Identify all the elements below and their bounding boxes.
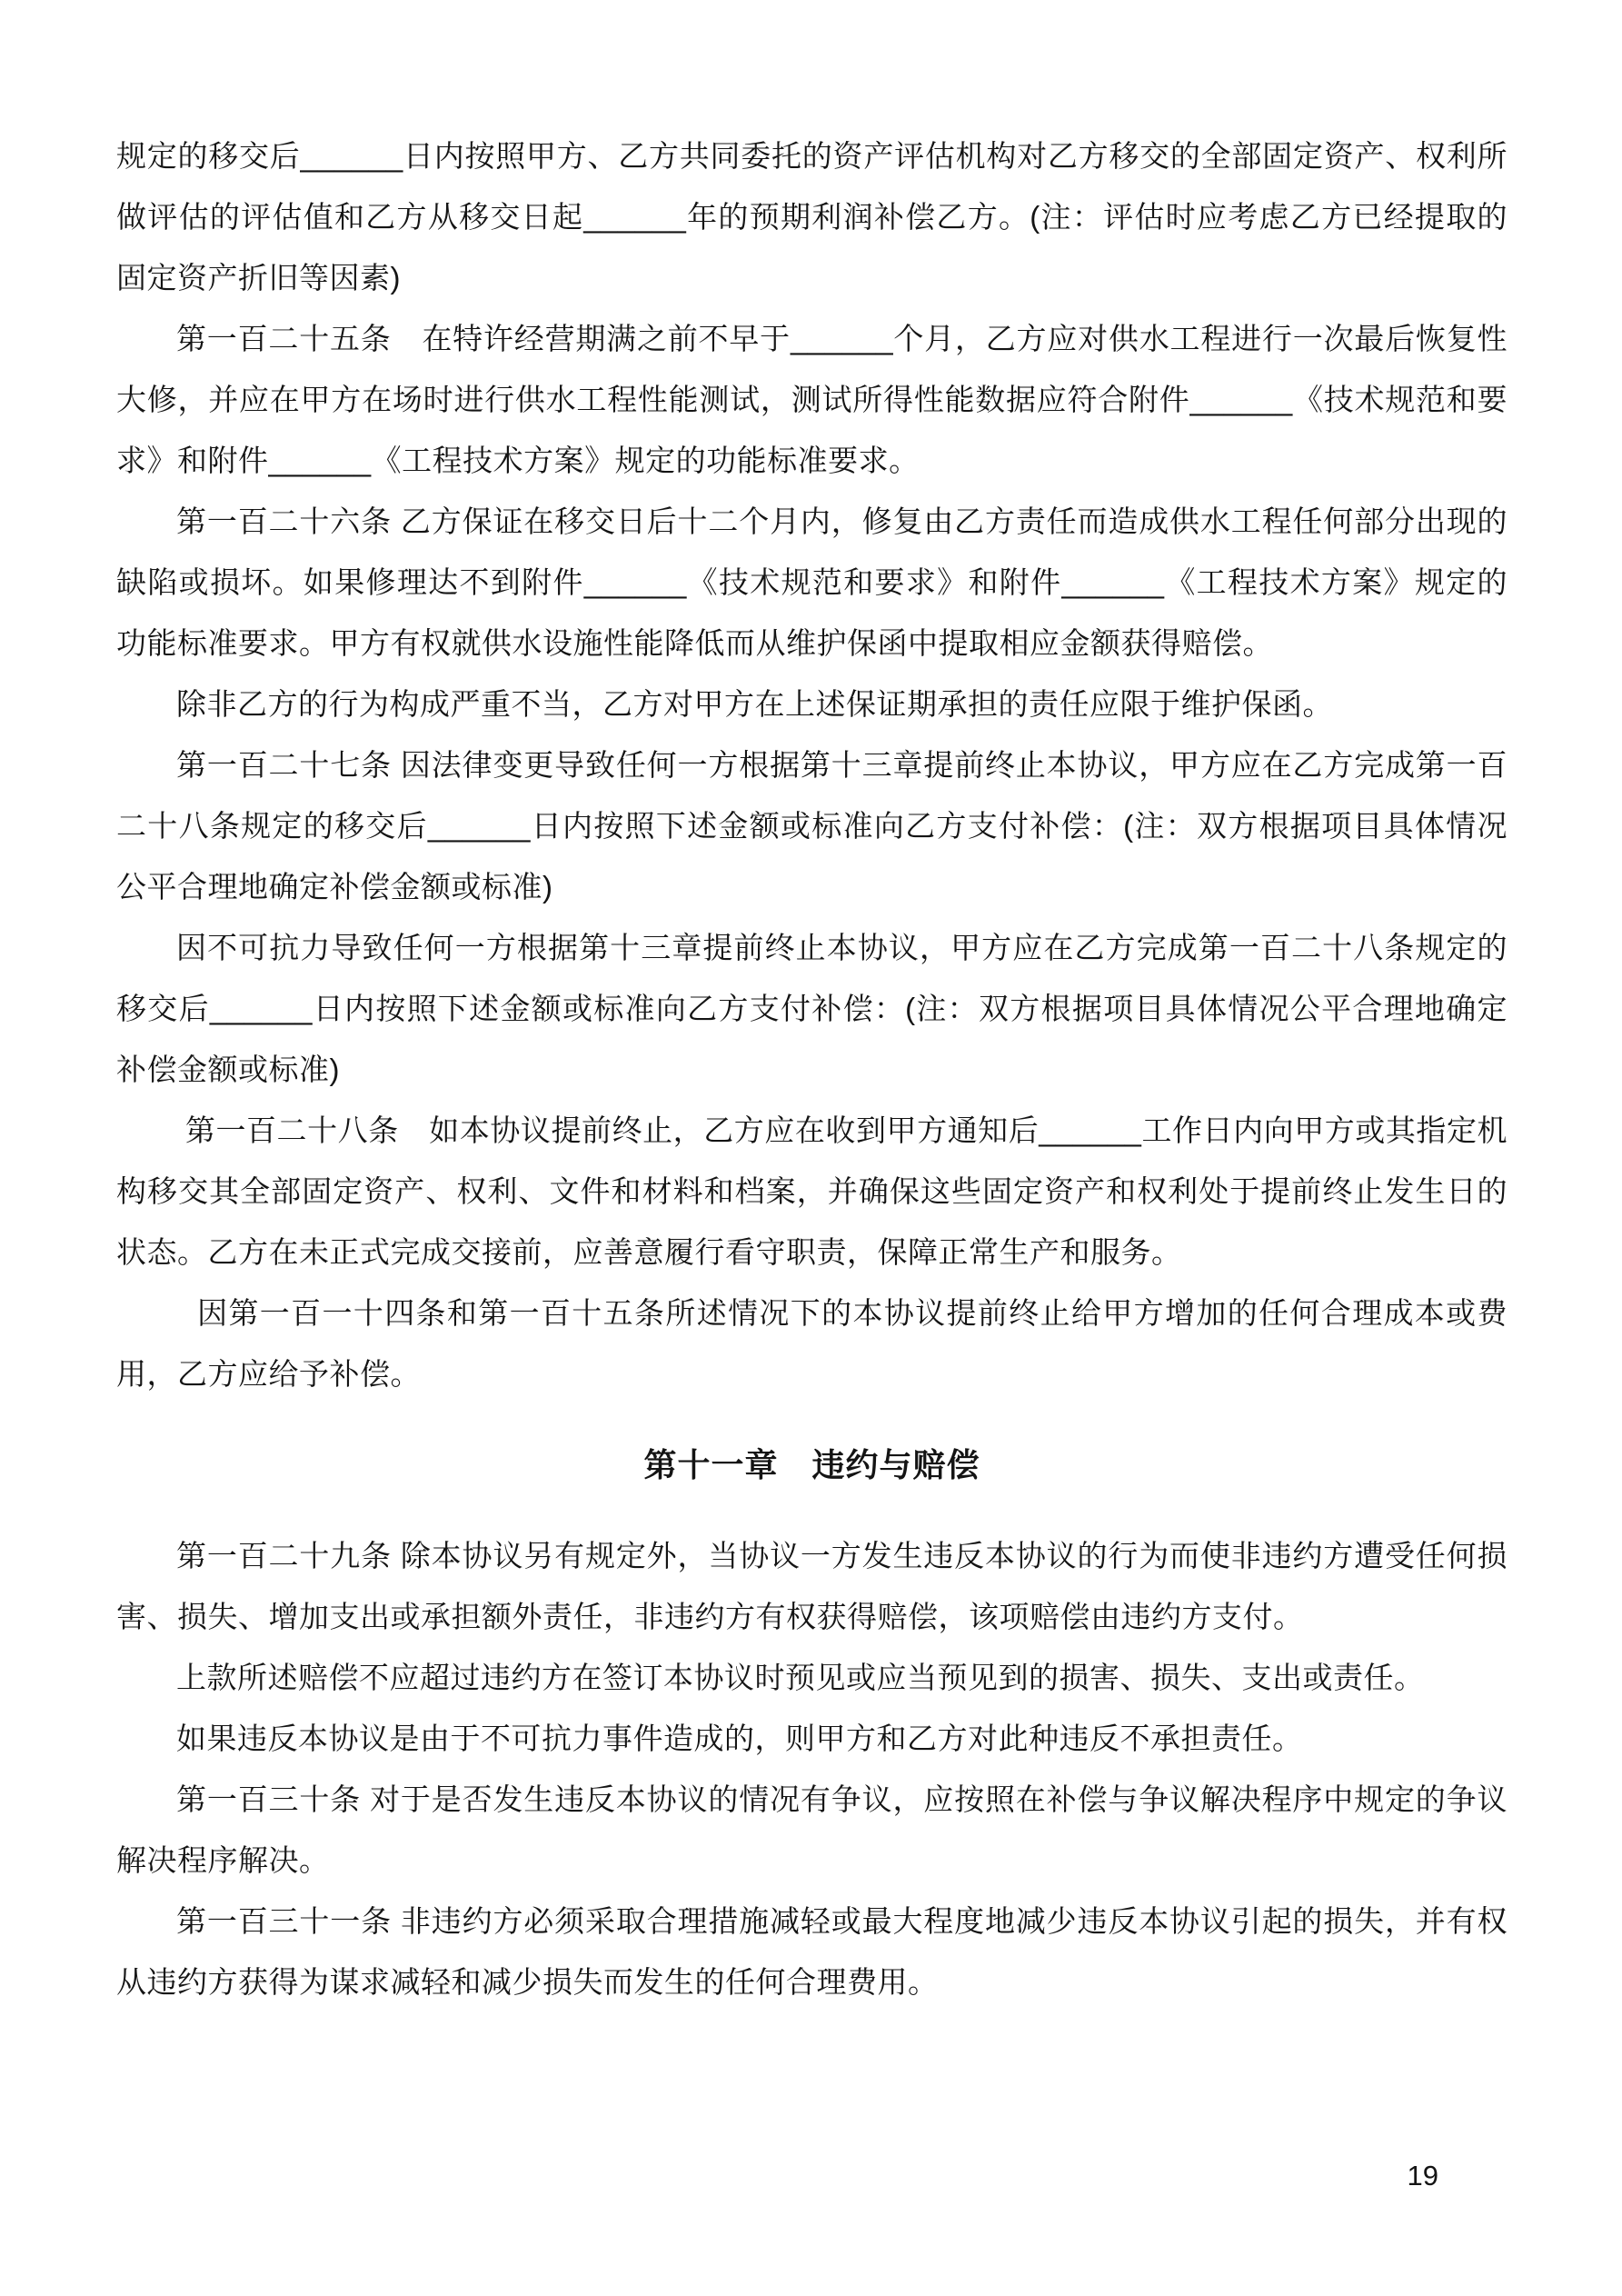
page-number: 19 [1408, 2161, 1438, 2190]
para-force-majeure-compensation: 因不可抗力导致任何一方根据第十三章提前终止本协议，甲方应在乙方完成第一百二十八条… [116, 917, 1508, 1100]
para-article-128: 第一百二十八条 如本协议提前终止，乙方应在收到甲方通知后______工作日内向甲… [116, 1100, 1508, 1283]
document-page-body: 规定的移交后______日内按照甲方、乙方共同委托的资产评估机构对乙方移交的全部… [116, 125, 1508, 2012]
para-guarantee-liability-limit: 除非乙方的行为构成严重不当，乙方对甲方在上述保证期承担的责任应限于维护保函。 [116, 674, 1508, 734]
para-article-127: 第一百二十七条 因法律变更导致任何一方根据第十三章提前终止本协议，甲方应在乙方完… [116, 734, 1508, 917]
para-article-114-115-compensation: 因第一百一十四条和第一百十五条所述情况下的本协议提前终止给甲方增加的任何合理成本… [116, 1283, 1508, 1404]
para-article-126: 第一百二十六条 乙方保证在移交日后十二个月内，修复由乙方责任而造成供水工程任何部… [116, 491, 1508, 674]
para-article-125: 第一百二十五条 在特许经营期满之前不早于______个月，乙方应对供水工程进行一… [116, 308, 1508, 491]
para-force-majeure-exemption: 如果违反本协议是由于不可抗力事件造成的，则甲方和乙方对此种违反不承担责任。 [116, 1708, 1508, 1769]
para-article-131: 第一百三十一条 非违约方必须采取合理措施减轻或最大程度地减少违反本协议引起的损失… [116, 1891, 1508, 2012]
para-continuation-asset-eval: 规定的移交后______日内按照甲方、乙方共同委托的资产评估机构对乙方移交的全部… [116, 125, 1508, 308]
para-article-129: 第一百二十九条 除本协议另有规定外，当协议一方发生违反本协议的行为而使非违约方遭… [116, 1525, 1508, 1647]
para-compensation-limit: 上款所述赔偿不应超过违约方在签订本协议时预见或应当预见到的损害、损失、支出或责任… [116, 1647, 1508, 1708]
para-article-130: 第一百三十条 对于是否发生违反本协议的情况有争议，应按照在补偿与争议解决程序中规… [116, 1769, 1508, 1891]
chapter-11-heading: 第十一章 违约与赔偿 [116, 1434, 1508, 1495]
